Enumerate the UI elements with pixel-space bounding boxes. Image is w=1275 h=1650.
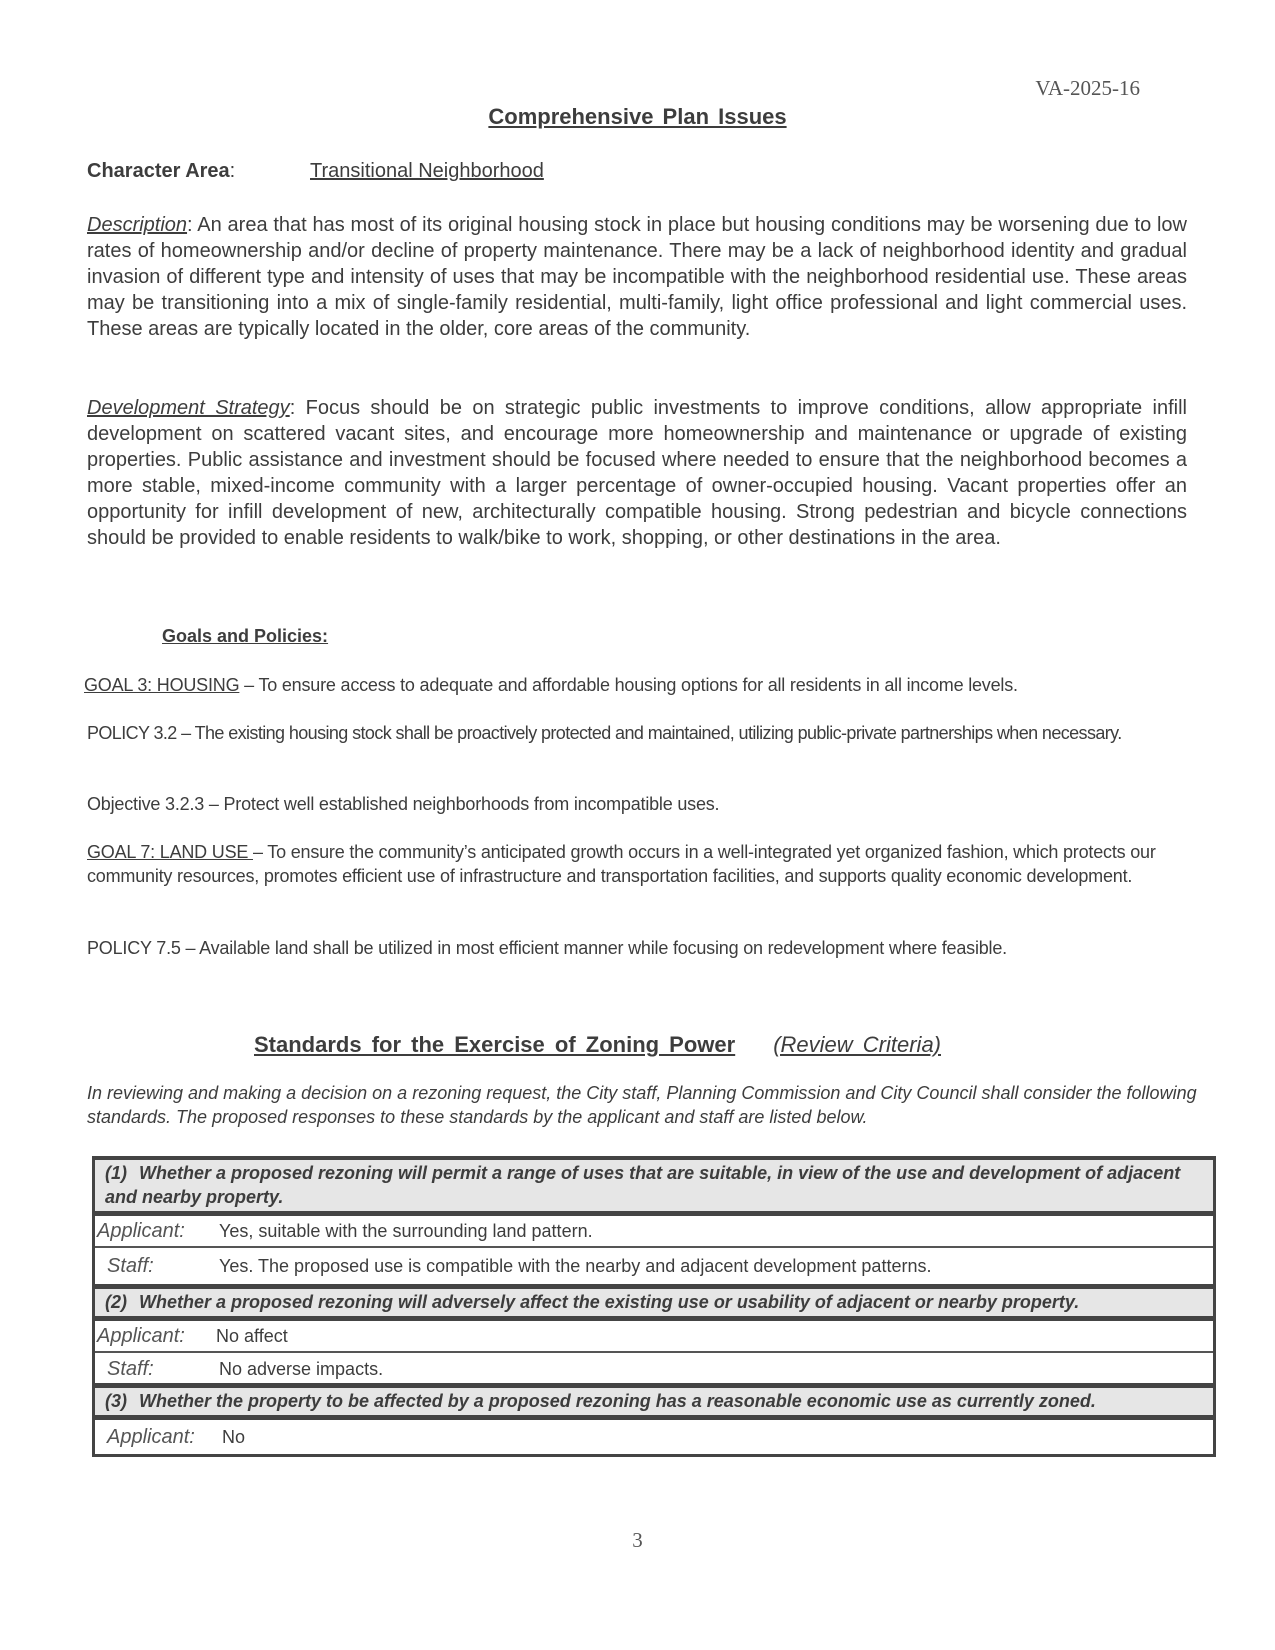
goals-policies-heading: Goals and Policies: bbox=[162, 626, 328, 647]
applicant-response-row: Applicant: No affect bbox=[95, 1321, 1213, 1353]
objective-3-2-3: Objective 3.2.3 – Protect well establish… bbox=[87, 793, 1197, 817]
applicant-response: Yes, suitable with the surrounding land … bbox=[219, 1216, 593, 1246]
policy-3-2: POLICY 3.2 – The existing housing stock … bbox=[87, 722, 1197, 746]
standards-title-text: Standards for the Exercise of Zoning Pow… bbox=[254, 1032, 735, 1057]
character-area: Character Area: Transitional Neighborhoo… bbox=[87, 160, 235, 183]
applicant-response-row: Applicant: Yes, suitable with the surrou… bbox=[95, 1216, 1213, 1248]
applicant-label: Applicant: bbox=[97, 1321, 185, 1351]
review-criteria-subtitle: (Review Criteria) bbox=[773, 1032, 941, 1057]
criterion-heading: (3)Whether the property to be affected b… bbox=[95, 1383, 1213, 1420]
criterion-question: Whether the property to be affected by a… bbox=[139, 1391, 1096, 1411]
criterion-number: (3) bbox=[105, 1391, 127, 1411]
criterion-number: (1) bbox=[105, 1163, 127, 1183]
development-strategy-paragraph: Development Strategy: Focus should be on… bbox=[87, 395, 1187, 551]
criterion-heading: (2)Whether a proposed rezoning will adve… bbox=[95, 1284, 1213, 1321]
policy-7-5: POLICY 7.5 – Available land shall be uti… bbox=[87, 937, 1197, 961]
applicant-response: No affect bbox=[216, 1321, 288, 1351]
criterion-question: Whether a proposed rezoning will permit … bbox=[105, 1163, 1180, 1207]
goal-7-label: GOAL 7: LAND USE bbox=[87, 842, 253, 862]
applicant-response-row: Applicant: No bbox=[95, 1420, 1213, 1457]
staff-response-row: Staff: Yes. The proposed use is compatib… bbox=[95, 1248, 1213, 1284]
description-text: : An area that has most of its original … bbox=[87, 214, 1187, 340]
review-criteria-table: (1)Whether a proposed rezoning will perm… bbox=[92, 1156, 1216, 1457]
applicant-label: Applicant: bbox=[107, 1420, 195, 1454]
criterion-question: Whether a proposed rezoning will adverse… bbox=[139, 1292, 1079, 1312]
applicant-response: No bbox=[222, 1420, 245, 1454]
criterion-number: (2) bbox=[105, 1292, 127, 1312]
character-area-value: Transitional Neighborhood bbox=[310, 160, 544, 183]
case-number: VA-2025-16 bbox=[1035, 76, 1140, 101]
description-label: Description bbox=[87, 214, 187, 236]
development-strategy-text: : Focus should be on strategic public in… bbox=[87, 397, 1187, 549]
staff-label: Staff: bbox=[107, 1353, 154, 1385]
criterion-heading: (1)Whether a proposed rezoning will perm… bbox=[95, 1156, 1213, 1216]
staff-response: No adverse impacts. bbox=[219, 1353, 383, 1385]
development-strategy-label: Development Strategy bbox=[87, 397, 290, 419]
staff-response: Yes. The proposed use is compatible with… bbox=[219, 1248, 931, 1284]
character-area-colon: : bbox=[230, 160, 236, 182]
goal-3-housing: GOAL 3: HOUSING – To ensure access to ad… bbox=[84, 674, 1194, 698]
character-area-label: Character Area bbox=[87, 160, 230, 182]
goal-3-label: GOAL 3: HOUSING bbox=[84, 675, 239, 695]
page-title: Comprehensive Plan Issues bbox=[0, 104, 1275, 130]
applicant-label: Applicant: bbox=[97, 1216, 185, 1246]
staff-response-row: Staff: No adverse impacts. bbox=[95, 1353, 1213, 1383]
staff-label: Staff: bbox=[107, 1248, 154, 1284]
goal-3-text: – To ensure access to adequate and affor… bbox=[239, 675, 1017, 695]
page-number: 3 bbox=[0, 1528, 1275, 1553]
standards-intro: In reviewing and making a decision on a … bbox=[87, 1082, 1197, 1129]
description-paragraph: Description: An area that has most of it… bbox=[87, 212, 1187, 342]
standards-title: Standards for the Exercise of Zoning Pow… bbox=[254, 1032, 941, 1058]
goal-7-land-use: GOAL 7: LAND USE – To ensure the communi… bbox=[87, 841, 1197, 888]
